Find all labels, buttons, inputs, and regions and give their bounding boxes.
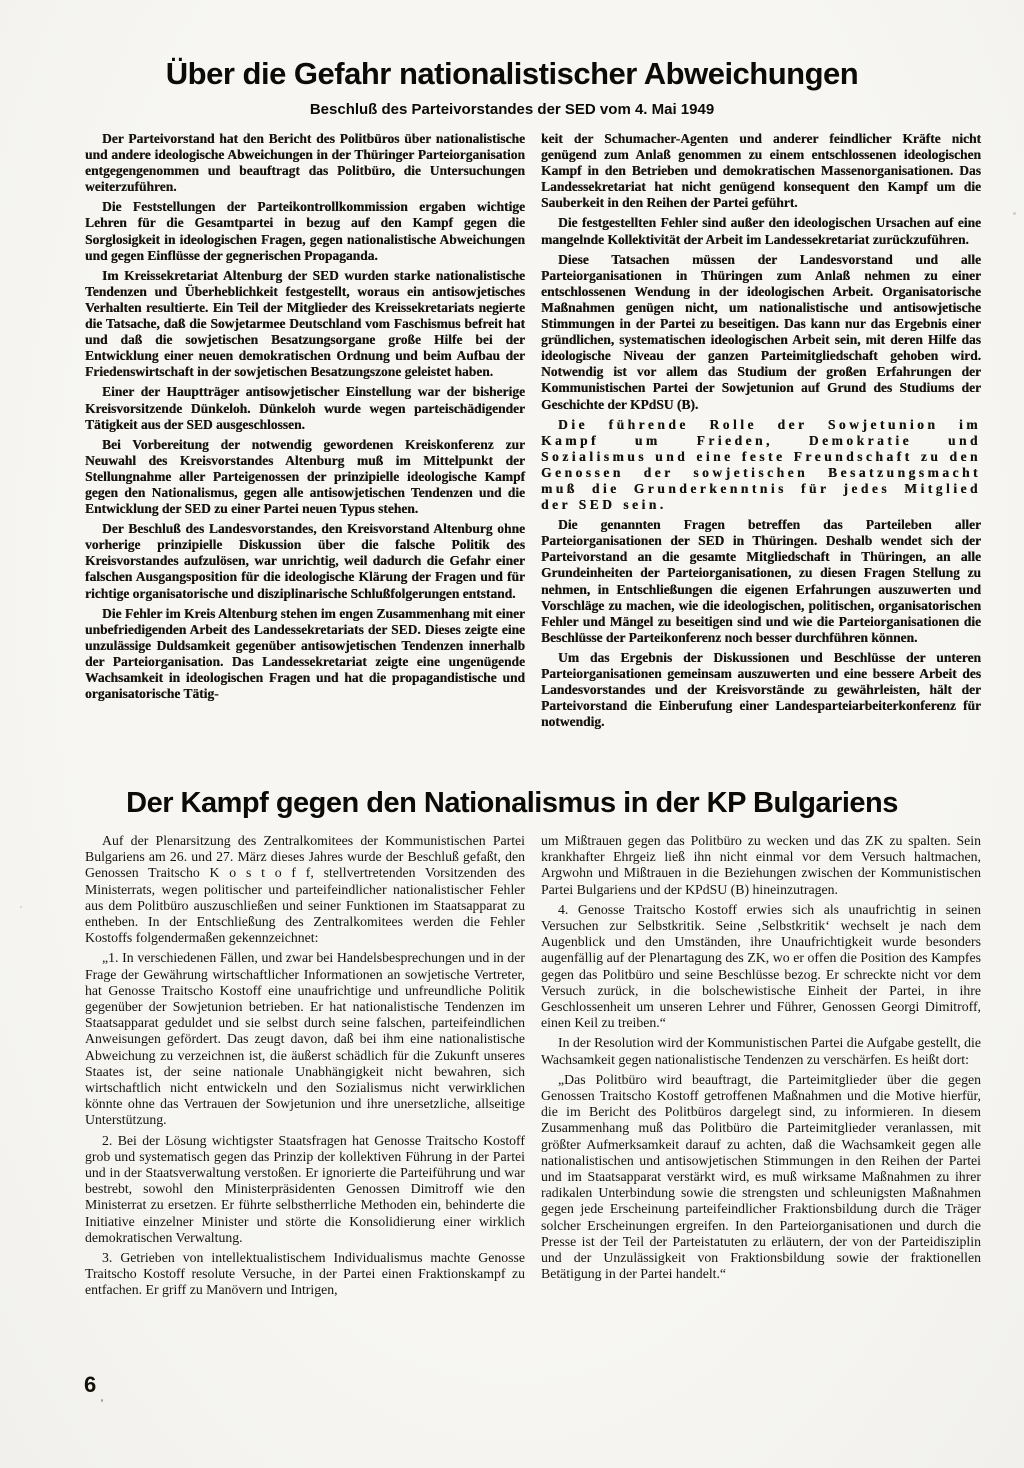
paragraph: „1. In verschiedenen Fällen, und zwar be… [85,950,525,1128]
scan-speck [1013,212,1016,215]
page-number: 6 [84,1372,96,1398]
paragraph: 3. Getrieben von intellektualistischem I… [85,1250,525,1299]
article1-right-column: keit der Schumacher-Agenten und anderer … [541,131,981,730]
article1-subtitle: Beschluß des Parteivorstandes der SED vo… [0,101,1024,118]
paragraph: „Das Politbüro wird beauftragt, die Part… [541,1072,981,1283]
article2-body: Auf der Plenarsitzung des Zentralkomitee… [85,833,981,1299]
paragraph: Der Beschluß des Landesvorstandes, den K… [85,521,525,601]
scan-speck [101,1399,103,1402]
paragraph: Die Feststellungen der Parteikontrollkom… [85,199,525,263]
article2-title: Der Kampf gegen den Nationalismus in der… [0,786,1024,820]
paragraph: Auf der Plenarsitzung des Zentralkomitee… [85,833,525,946]
paragraph: Diese Tatsachen müssen der Landesvorstan… [541,252,981,413]
article2-left-column: Auf der Plenarsitzung des Zentralkomitee… [85,833,525,1299]
paragraph: keit der Schumacher-Agenten und anderer … [541,131,981,211]
article1-title: Über die Gefahr nationalistischer Abweic… [0,56,1024,92]
paragraph: 2. Bei der Lösung wichtigster Staatsfrag… [85,1133,525,1246]
paragraph: Der Parteivorstand hat den Bericht des P… [85,131,525,195]
paragraph: Im Kreissekretariat Altenburg der SED wu… [85,268,525,381]
article1-left-column: Der Parteivorstand hat den Bericht des P… [85,131,525,730]
paragraph: In der Resolution wird der Kommunistisch… [541,1035,981,1067]
article1-body: Der Parteivorstand hat den Bericht des P… [85,131,981,730]
scan-speck [20,906,22,908]
paragraph: Die führende Rolle der Sowjetunion im Ka… [541,417,981,514]
paragraph: Um das Ergebnis der Diskussionen und Bes… [541,650,981,730]
newspaper-page: Über die Gefahr nationalistischer Abweic… [0,0,1024,1468]
paragraph: Einer der Hauptträger antisowjetischer E… [85,384,525,432]
paragraph: Bei Vorbereitung der notwendig gewordene… [85,437,525,517]
paragraph: Die festgestellten Fehler sind außer den… [541,215,981,247]
paragraph: 4. Genosse Traitscho Kostoff erwies sich… [541,902,981,1032]
paragraph: Die genannten Fragen betreffen das Parte… [541,517,981,646]
paragraph: Die Fehler im Kreis Altenburg stehen im … [85,606,525,703]
article2-right-column: um Mißtrauen gegen das Politbüro zu weck… [541,833,981,1299]
paragraph: um Mißtrauen gegen das Politbüro zu weck… [541,833,981,898]
